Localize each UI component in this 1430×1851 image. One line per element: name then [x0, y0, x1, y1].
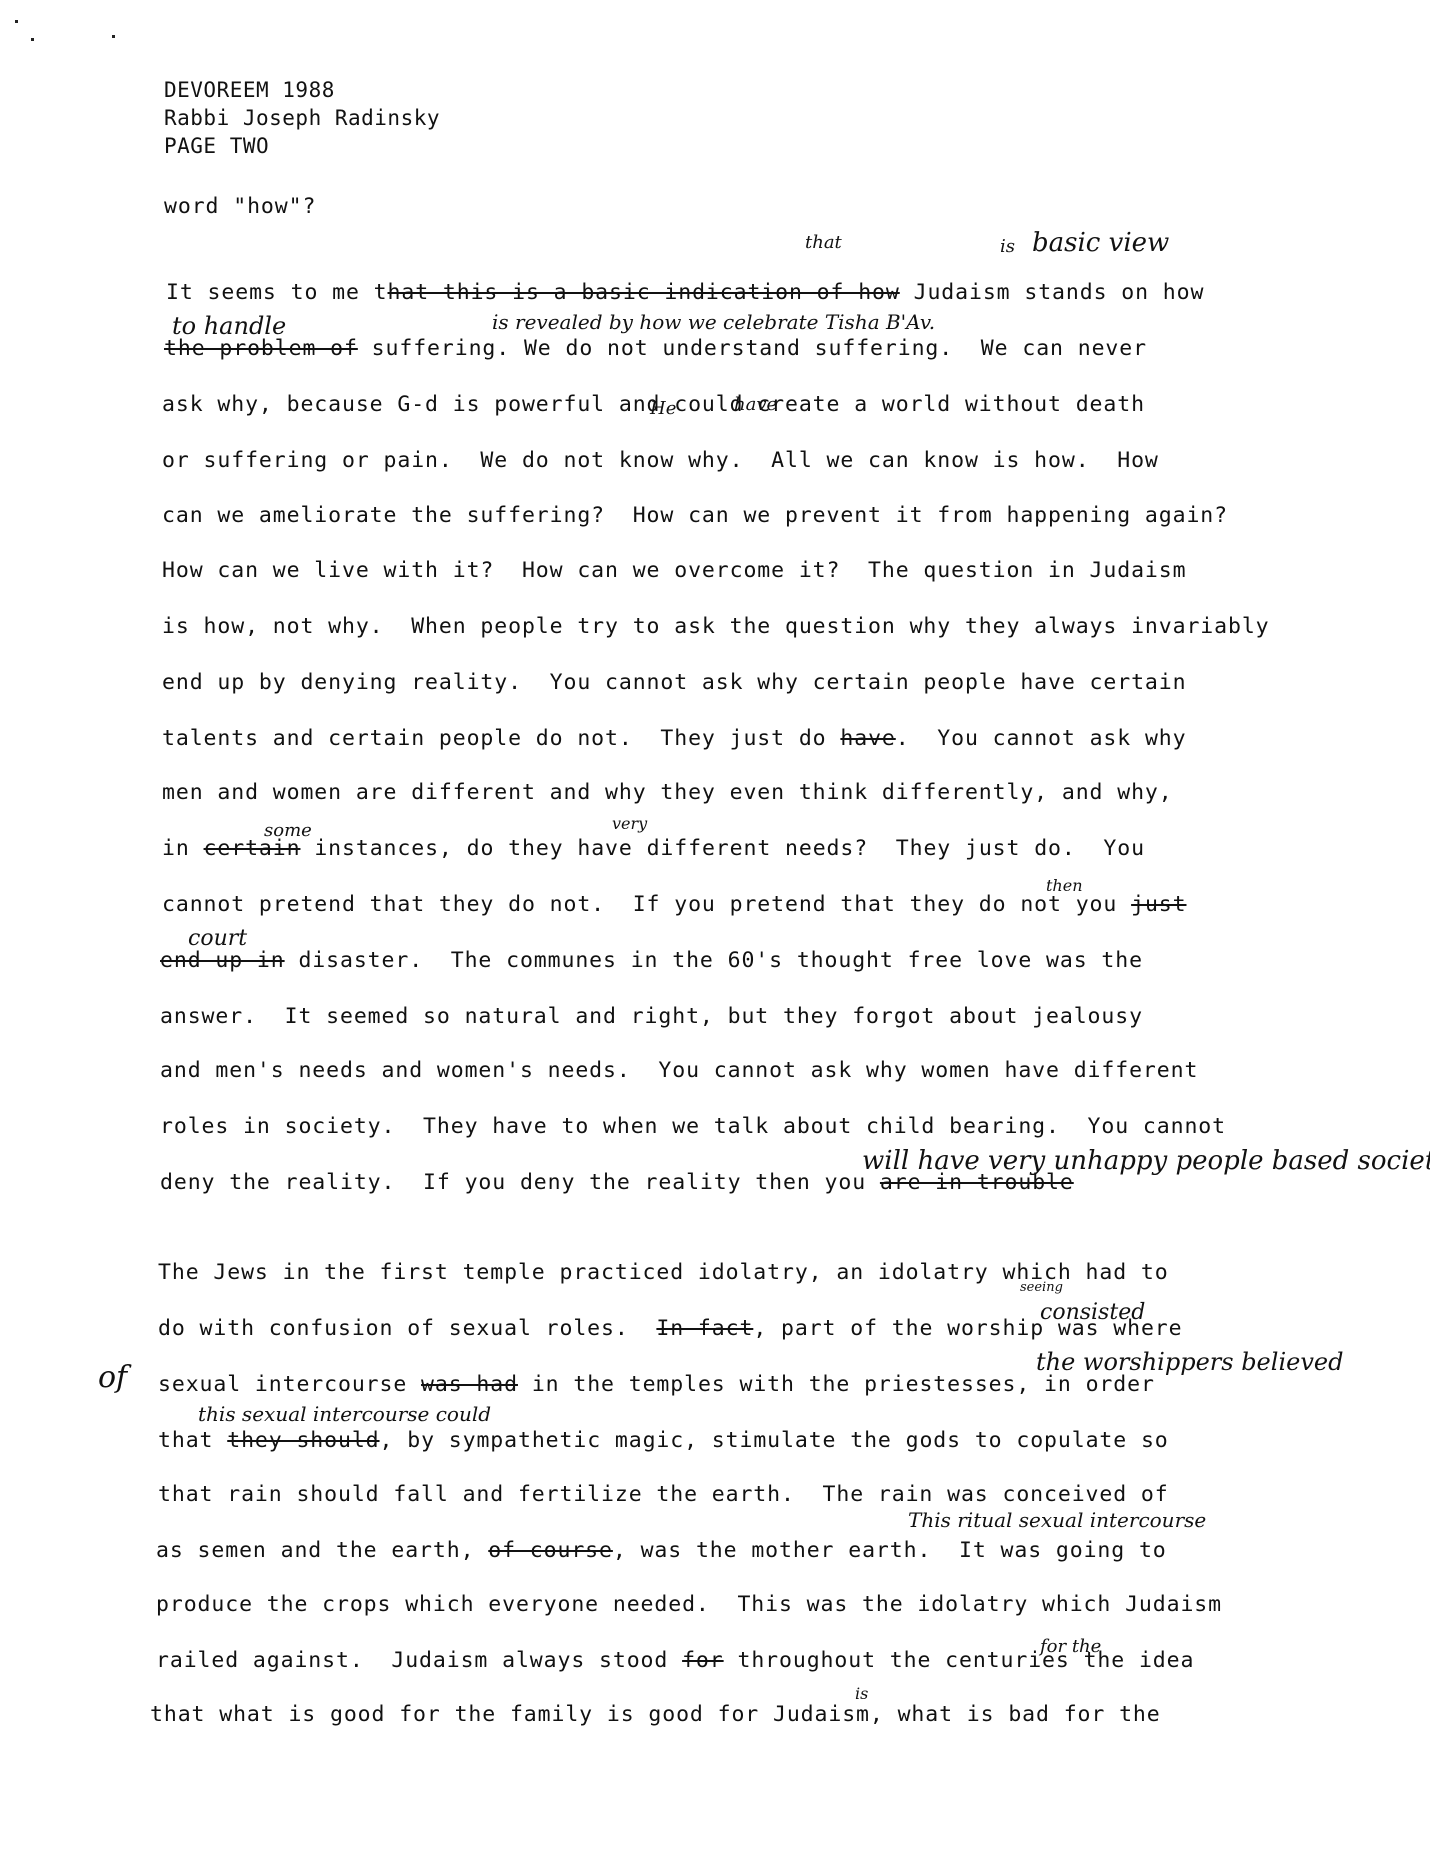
- text-line: sexual intercourse was had in the temple…: [158, 1372, 1155, 1397]
- text-line: produce the crops which everyone needed.…: [156, 1592, 1222, 1617]
- annotation: is: [1000, 236, 1015, 257]
- text-segment: men and women are different and why they…: [162, 780, 1173, 805]
- struck-text: of course: [488, 1538, 613, 1563]
- annotation: that: [805, 232, 842, 253]
- text-line: is how, not why. When people try to ask …: [162, 614, 1270, 639]
- text-line: as semen and the earth, of course, was t…: [156, 1538, 1167, 1563]
- header-page: PAGE TWO: [164, 132, 440, 160]
- annotation: for the: [1040, 1636, 1101, 1657]
- struck-text: In fact: [656, 1316, 753, 1341]
- text-line: and men's needs and women's needs. You c…: [160, 1058, 1198, 1083]
- annotation: have: [734, 394, 777, 415]
- scan-speck: [112, 35, 115, 38]
- text-segment: that what is good for the family is good…: [150, 1702, 1161, 1727]
- text-segment: produce the crops which everyone needed.…: [156, 1592, 1222, 1617]
- annotation: court: [188, 926, 247, 951]
- text-segment: railed against. Judaism always stood: [156, 1648, 682, 1673]
- text-segment: as semen and the earth,: [156, 1538, 488, 1563]
- text-segment: , by sympathetic magic, stimulate the go…: [380, 1428, 1169, 1453]
- text-segment: and men's needs and women's needs. You c…: [160, 1058, 1198, 1083]
- text-segment: answer. It seemed so natural and right, …: [160, 1004, 1143, 1029]
- header-author: Rabbi Joseph Radinsky: [164, 104, 440, 132]
- text-line: cannot pretend that they do not. If you …: [162, 892, 1186, 917]
- annotation: is: [855, 1684, 868, 1703]
- struck-text: was had: [421, 1372, 518, 1397]
- text-segment: disaster. The communes in the 60's thoug…: [285, 948, 1143, 973]
- text-line: that rain should fall and fertilize the …: [158, 1482, 1169, 1507]
- text-segment: word "how"?: [164, 194, 316, 219]
- struck-text: have: [840, 726, 895, 751]
- text-line: railed against. Judaism always stood for…: [156, 1648, 1194, 1673]
- struck-text: hat this is a basic indication of how: [388, 280, 900, 305]
- text-segment: instances, do they have different needs?…: [300, 836, 1145, 861]
- text-segment: that rain should fall and fertilize the …: [158, 1482, 1169, 1507]
- text-segment: that: [158, 1428, 227, 1453]
- text-segment: The Jews in the first temple practiced i…: [158, 1260, 1169, 1285]
- annotation: will have very unhappy people based soci…: [862, 1146, 1430, 1176]
- text-segment: cannot pretend that they do not. If you …: [162, 892, 1131, 917]
- text-segment: How can we live with it? How can we over…: [162, 558, 1186, 583]
- text-line: do with confusion of sexual roles. In fa…: [158, 1316, 1182, 1341]
- text-segment: is how, not why. When people try to ask …: [162, 614, 1270, 639]
- text-segment: throughout the centuries the idea: [724, 1648, 1195, 1673]
- struck-text: for: [682, 1648, 724, 1673]
- text-line: that what is good for the family is good…: [150, 1702, 1161, 1727]
- annotation: of: [98, 1360, 127, 1395]
- text-line: It seems to me that this is a basic indi…: [166, 280, 1204, 305]
- annotation: this sexual intercourse could: [198, 1402, 491, 1426]
- annotation: basic view: [1032, 228, 1169, 258]
- text-line: The Jews in the first temple practiced i…: [158, 1260, 1169, 1285]
- text-segment: in: [162, 836, 204, 861]
- struck-text: end up in: [160, 948, 285, 973]
- document-page: DEVOREEM 1988 Rabbi Joseph Radinsky PAGE…: [0, 0, 1430, 1851]
- text-line: How can we live with it? How can we over…: [162, 558, 1186, 583]
- text-segment: deny the reality. If you deny the realit…: [160, 1170, 880, 1195]
- text-line: can we ameliorate the suffering? How can…: [162, 503, 1228, 528]
- struck-text: just: [1131, 892, 1186, 917]
- text-line: end up by denying reality. You cannot as…: [162, 670, 1186, 695]
- text-segment: can we ameliorate the suffering? How can…: [162, 503, 1228, 528]
- text-segment: talents and certain people do not. They …: [162, 726, 840, 751]
- text-segment: do with confusion of sexual roles.: [158, 1316, 656, 1341]
- text-segment: end up by denying reality. You cannot as…: [162, 670, 1186, 695]
- text-line: answer. It seemed so natural and right, …: [160, 1004, 1143, 1029]
- scan-speck: [31, 38, 34, 41]
- text-segment: . You cannot ask why: [896, 726, 1187, 751]
- annotation: to handle: [172, 312, 286, 340]
- annotation: consisted: [1040, 1300, 1145, 1325]
- text-line: word "how"?: [164, 194, 316, 219]
- text-segment: or suffering or pain. We do not know why…: [162, 448, 1159, 473]
- annotation: seeing: [1020, 1280, 1063, 1295]
- annotation: very: [612, 814, 647, 833]
- text-segment: suffering. We do not understand sufferin…: [358, 336, 1147, 361]
- annotation: then: [1046, 876, 1083, 895]
- scan-speck: [15, 20, 18, 23]
- text-line: the problem of suffering. We do not unde…: [164, 336, 1147, 361]
- text-segment: It seems to me t: [166, 280, 388, 305]
- text-line: or suffering or pain. We do not know why…: [162, 448, 1159, 473]
- text-line: talents and certain people do not. They …: [162, 726, 1187, 751]
- text-segment: , was the mother earth. It was going to: [613, 1538, 1167, 1563]
- text-line: men and women are different and why they…: [162, 780, 1173, 805]
- annotation: the worshippers believed: [1036, 1348, 1343, 1376]
- annotation: This ritual sexual intercourse: [908, 1508, 1206, 1532]
- text-line: end up in disaster. The communes in the …: [160, 948, 1143, 973]
- annotation: is revealed by how we celebrate Tisha B'…: [492, 310, 935, 334]
- text-segment: Judaism stands on how: [900, 280, 1205, 305]
- document-header: DEVOREEM 1988 Rabbi Joseph Radinsky PAGE…: [164, 76, 440, 160]
- header-title: DEVOREEM 1988: [164, 76, 440, 104]
- annotation: some: [264, 820, 312, 841]
- text-segment: sexual intercourse: [158, 1372, 421, 1397]
- text-line: that they should, by sympathetic magic, …: [158, 1428, 1169, 1453]
- text-segment: roles in society. They have to when we t…: [160, 1114, 1226, 1139]
- annotation: He: [650, 398, 676, 419]
- struck-text: they should: [227, 1428, 379, 1453]
- text-line: roles in society. They have to when we t…: [160, 1114, 1226, 1139]
